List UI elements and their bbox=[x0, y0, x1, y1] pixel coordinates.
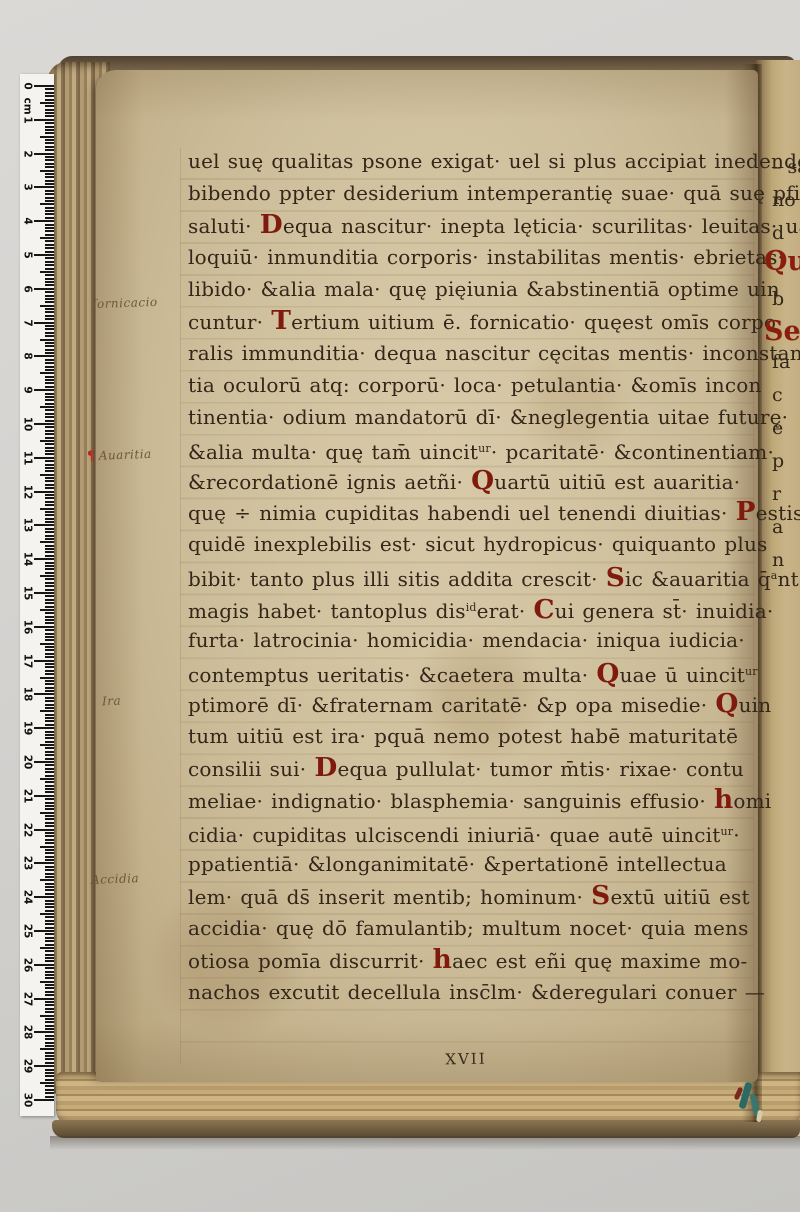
ruler-tick bbox=[45, 538, 54, 540]
ruler-tick bbox=[45, 920, 54, 922]
ruler-tick bbox=[45, 656, 54, 658]
ruler-tick bbox=[45, 1025, 54, 1027]
ruler-tick bbox=[34, 1031, 54, 1033]
ruler-tick bbox=[45, 308, 54, 310]
ruler-tick bbox=[34, 355, 54, 357]
ruler-tick bbox=[34, 964, 54, 966]
ruler-tick bbox=[40, 1015, 54, 1017]
ruler-tick bbox=[45, 967, 54, 969]
ruler-tick bbox=[40, 136, 54, 138]
ruler-tick bbox=[40, 677, 54, 679]
line-text: consilii sui· bbox=[188, 757, 314, 781]
ruler-tick bbox=[40, 879, 54, 881]
line-text: contemptus ueritatis· &caetera multa· bbox=[188, 663, 596, 687]
line-text: omi bbox=[733, 789, 771, 813]
line-text: uae ū uincit bbox=[620, 663, 745, 687]
manuscript-line: contemptus ueritatis· &caetera multa· Qu… bbox=[188, 659, 758, 688]
ruler-tick bbox=[45, 960, 54, 962]
ruler-tick bbox=[45, 1085, 54, 1087]
ruler-tick bbox=[45, 497, 54, 499]
ruler-tick bbox=[40, 609, 54, 611]
line-text: ertium uitium ē. fornicatio· quęest omīs… bbox=[291, 310, 776, 334]
line-text: magis habet· tantoplus dis bbox=[188, 599, 466, 623]
ruler-tick bbox=[45, 622, 54, 624]
ruler-tick bbox=[45, 207, 54, 209]
manuscript-line: tia oculorū atq: corporū· loca· petulant… bbox=[188, 372, 762, 398]
ruler-tick bbox=[45, 545, 54, 547]
ruler-tick bbox=[45, 582, 54, 584]
ruler-tick bbox=[45, 910, 54, 912]
line-text: · bbox=[733, 823, 740, 847]
ruler-tick bbox=[45, 984, 54, 986]
manuscript-line: otiosa pomīa discurrit· haec est eñi quę… bbox=[188, 947, 747, 974]
ruler-tick bbox=[45, 562, 54, 564]
ruler-tick bbox=[45, 734, 54, 736]
ruler-tick bbox=[45, 578, 54, 580]
ruler-tick bbox=[45, 954, 54, 956]
line-text: uel suę qualitas psone exigat· uel si pl… bbox=[188, 149, 800, 173]
rubricated-initial: h bbox=[433, 944, 452, 975]
ruler-tick bbox=[45, 328, 54, 330]
ruler-number: 3 bbox=[22, 180, 34, 195]
ruler-tick bbox=[45, 994, 54, 996]
ruler-tick bbox=[34, 153, 54, 155]
superscript-abbreviation: ur bbox=[745, 665, 758, 678]
ruler-tick bbox=[45, 244, 54, 246]
line-text: meliae· indignatio· blasphemia· sanguini… bbox=[188, 789, 714, 813]
ruler-tick bbox=[45, 1045, 54, 1047]
ruler-tick bbox=[45, 781, 54, 783]
ruler-tick bbox=[45, 893, 54, 895]
ruler-tick bbox=[45, 325, 54, 327]
superscript-abbreviation: ur bbox=[478, 442, 491, 455]
ruler-tick bbox=[45, 511, 54, 513]
ruler-tick bbox=[45, 687, 54, 689]
ruler-tick bbox=[45, 132, 54, 134]
ruler-tick bbox=[45, 1021, 54, 1023]
ruler-tick bbox=[45, 386, 54, 388]
ruler-number: 22 bbox=[22, 822, 34, 837]
rubricated-initial: Q bbox=[715, 688, 738, 719]
ruler-tick bbox=[40, 778, 54, 780]
ruler-tick bbox=[45, 906, 54, 908]
ruler-tick bbox=[45, 467, 54, 469]
margin-note-label: Accidia bbox=[91, 871, 140, 887]
ruler-tick bbox=[45, 1092, 54, 1094]
ruler-tick bbox=[40, 1082, 54, 1084]
superscript-abbreviation: a bbox=[771, 569, 778, 582]
ruler-tick bbox=[45, 585, 54, 587]
line-text: ralis immunditia· dequa nascitur cęcitas… bbox=[188, 341, 800, 365]
ruler-tick bbox=[45, 751, 54, 753]
manuscript-line: magis habet· tantoplus disiderat· Cui ge… bbox=[188, 595, 773, 624]
ruler-tick bbox=[45, 923, 54, 925]
ruler-tick bbox=[45, 95, 54, 97]
ruler-number: 28 bbox=[22, 1025, 34, 1040]
ruler-tick bbox=[45, 805, 54, 807]
ruler-tick bbox=[34, 930, 54, 932]
line-text: saluti· bbox=[188, 214, 260, 238]
ruler-tick bbox=[45, 142, 54, 144]
ruler-tick bbox=[45, 724, 54, 726]
ruler-tick bbox=[45, 518, 54, 520]
ruler-tick bbox=[40, 203, 54, 205]
ruler-tick bbox=[45, 977, 54, 979]
ruler-tick bbox=[45, 311, 54, 313]
ruler-tick bbox=[45, 430, 54, 432]
ruler-tick bbox=[45, 213, 54, 215]
ruler-tick bbox=[45, 224, 54, 226]
ruler-tick bbox=[45, 349, 54, 351]
line-text: ic &auaritia q̄ bbox=[625, 567, 771, 591]
manuscript-line: uel suę qualitas psone exigat· uel si pl… bbox=[188, 148, 800, 174]
manuscript-line: tinentia· odium mandatorū dī· &neglegent… bbox=[188, 404, 788, 430]
ruler-tick bbox=[45, 413, 54, 415]
pilcrow-icon: ¶ bbox=[87, 449, 96, 464]
ruler-tick bbox=[40, 102, 54, 104]
line-text: uartū uitiū est auaritia· bbox=[494, 470, 740, 494]
cm-ruler: 0123456789101112131415161718192021222324… bbox=[20, 74, 54, 1116]
ruler-tick bbox=[45, 332, 54, 334]
ruler-tick bbox=[45, 146, 54, 148]
ruler-tick bbox=[45, 900, 54, 902]
rubricated-initial: Q bbox=[596, 658, 619, 689]
ruler-tick bbox=[45, 268, 54, 270]
ruler-tick bbox=[45, 1089, 54, 1091]
ruler-tick bbox=[45, 612, 54, 614]
margin-note-label: Ira bbox=[102, 694, 122, 709]
ruler-tick bbox=[40, 305, 54, 307]
ruler-tick bbox=[45, 1062, 54, 1064]
ruler-tick bbox=[45, 741, 54, 743]
line-text: ptimorē dī· &fraternam caritatē· &p opa … bbox=[188, 693, 715, 717]
ruler-tick bbox=[45, 720, 54, 722]
ruler-tick bbox=[45, 937, 54, 939]
ruler-tick bbox=[40, 744, 54, 746]
rubricated-initial: T bbox=[271, 305, 291, 336]
ruler-number: 11 bbox=[22, 450, 34, 465]
ruler-tick bbox=[40, 406, 54, 408]
ruler-tick bbox=[45, 565, 54, 567]
ruler-tick bbox=[45, 504, 54, 506]
ruler-tick bbox=[45, 369, 54, 371]
line-text: equa nascitur· inepta lęticia· scurilita… bbox=[283, 214, 800, 238]
ruler-tick bbox=[34, 693, 54, 695]
ruler-tick bbox=[34, 626, 54, 628]
ruler-tick bbox=[45, 673, 54, 675]
manuscript-line: tum uitiū est ira· pquā nemo potest habē… bbox=[188, 723, 738, 749]
ruler-tick bbox=[45, 707, 54, 709]
ruler-tick bbox=[45, 315, 54, 317]
ruler-tick bbox=[45, 747, 54, 749]
ruler-number: 27 bbox=[22, 991, 34, 1006]
ruler-tick bbox=[45, 700, 54, 702]
ruler-tick bbox=[40, 508, 54, 510]
ruler-tick bbox=[45, 437, 54, 439]
ruler-tick bbox=[45, 1008, 54, 1010]
ruler-tick bbox=[34, 1099, 54, 1101]
ruler-tick bbox=[45, 599, 54, 601]
manuscript-line: quę ÷ nimia cupiditas habendi uel tenend… bbox=[188, 499, 800, 526]
ruler-tick bbox=[45, 342, 54, 344]
ruler-tick bbox=[45, 105, 54, 107]
ruler-tick bbox=[45, 345, 54, 347]
ruler-tick bbox=[45, 842, 54, 844]
ruler-tick bbox=[45, 1011, 54, 1013]
line-text: otiosa pomīa discurrit· bbox=[188, 949, 433, 973]
rubricated-initial: D bbox=[260, 209, 283, 240]
ruler-tick bbox=[45, 382, 54, 384]
ruler-number: 5 bbox=[22, 248, 34, 263]
ruler-tick bbox=[45, 551, 54, 553]
rubricated-initial: S bbox=[591, 880, 610, 911]
manuscript-line: nachos excutit decellula insc̄lm· &dereg… bbox=[188, 979, 765, 1005]
ruler-number: 23 bbox=[22, 856, 34, 871]
ruler-tick bbox=[45, 376, 54, 378]
ruler-tick bbox=[45, 1075, 54, 1077]
ruler-tick bbox=[45, 274, 54, 276]
ruler-tick bbox=[40, 237, 54, 239]
ruler-tick bbox=[45, 335, 54, 337]
ruler-tick bbox=[45, 426, 54, 428]
ruler-tick bbox=[45, 1052, 54, 1054]
ruler-tick bbox=[45, 301, 54, 303]
line-text: lem· quā ds̄ inserit mentib; hominum· bbox=[188, 885, 591, 909]
ruler-tick bbox=[45, 971, 54, 973]
ruler-tick bbox=[45, 122, 54, 124]
ruler-tick bbox=[45, 957, 54, 959]
ruler-tick bbox=[45, 447, 54, 449]
ruler-tick bbox=[45, 88, 54, 90]
ruler-tick bbox=[45, 602, 54, 604]
ruler-number: 16 bbox=[22, 619, 34, 634]
ruler-tick bbox=[45, 690, 54, 692]
ruler-tick bbox=[45, 470, 54, 472]
ruler-tick bbox=[45, 1018, 54, 1020]
ruler-tick bbox=[45, 808, 54, 810]
line-text: aec est eñi quę maxime mo- bbox=[452, 949, 747, 973]
ruler-tick bbox=[45, 109, 54, 111]
ruler-tick bbox=[45, 115, 54, 117]
ruler-number: 9 bbox=[22, 383, 34, 398]
ruler-tick bbox=[45, 284, 54, 286]
ruler-tick bbox=[45, 190, 54, 192]
ruler-tick bbox=[45, 883, 54, 885]
ruler-tick bbox=[45, 663, 54, 665]
ruler-tick bbox=[40, 474, 54, 476]
ruler-tick bbox=[45, 230, 54, 232]
line-text: tia oculorū atq: corporū· loca· petulant… bbox=[188, 373, 762, 397]
rubricated-initial: D bbox=[314, 752, 337, 783]
ruler-tick bbox=[45, 859, 54, 861]
ruler-tick bbox=[40, 812, 54, 814]
superscript-abbreviation: ur bbox=[721, 825, 734, 838]
line-text: libido· &alia mala· quę pięiunia &abstin… bbox=[188, 277, 780, 301]
line-text: furta· latrocinia· homicidia· mendacia· … bbox=[188, 628, 745, 652]
ruler-tick bbox=[45, 589, 54, 591]
ruler-tick bbox=[45, 1072, 54, 1074]
margin-note-ira: Ira bbox=[102, 694, 122, 709]
line-text: equa pullulat· tumor m̄tis· rixae· contu bbox=[337, 757, 744, 781]
ruler-tick bbox=[45, 433, 54, 435]
ruler-tick bbox=[45, 731, 54, 733]
ruler-tick bbox=[45, 183, 54, 185]
ruler-number: 1 bbox=[22, 112, 34, 127]
ruler-tick bbox=[45, 771, 54, 773]
line-text: bibendo ppter desiderium intemperantię s… bbox=[188, 181, 800, 205]
rubricated-initial: C bbox=[533, 594, 554, 625]
ruler-tick bbox=[40, 1048, 54, 1050]
ruler-tick bbox=[45, 714, 54, 716]
ruler-tick bbox=[45, 227, 54, 229]
ruler-tick bbox=[45, 159, 54, 161]
ruler-tick bbox=[45, 453, 54, 455]
manuscript-line: cidia· cupiditas ulciscendi iniuriā· qua… bbox=[188, 819, 740, 848]
ruler-tick bbox=[45, 646, 54, 648]
ruler-tick bbox=[45, 1069, 54, 1071]
ruler-tick bbox=[45, 112, 54, 114]
ruler-number: 26 bbox=[22, 957, 34, 972]
ruler-tick bbox=[45, 704, 54, 706]
ruler-number: 14 bbox=[22, 552, 34, 567]
ruler-tick bbox=[45, 281, 54, 283]
ruler-tick bbox=[45, 501, 54, 503]
ruler-tick bbox=[45, 261, 54, 263]
manuscript-line: loquiū· inmunditia corporis· instabilita… bbox=[188, 244, 784, 270]
ruler-tick bbox=[45, 758, 54, 760]
ruler-tick bbox=[40, 913, 54, 915]
ruler-tick bbox=[45, 785, 54, 787]
ruler-tick bbox=[45, 366, 54, 368]
ruler-tick bbox=[45, 683, 54, 685]
ruler-tick bbox=[45, 521, 54, 523]
ruler-tick bbox=[45, 278, 54, 280]
ruler-tick bbox=[45, 359, 54, 361]
ruler-tick bbox=[45, 176, 54, 178]
ruler-tick bbox=[45, 903, 54, 905]
rubricated-initial: Q bbox=[471, 465, 494, 496]
ruler-tick bbox=[45, 210, 54, 212]
ruler-number: 12 bbox=[22, 484, 34, 499]
ruler-tick bbox=[34, 829, 54, 831]
ruler-tick bbox=[45, 92, 54, 94]
ruler-tick bbox=[45, 649, 54, 651]
ruler-tick bbox=[34, 862, 54, 864]
ruler-number: 8 bbox=[22, 349, 34, 364]
ruler-tick bbox=[45, 815, 54, 817]
margin-note-fornicatio: fornicacio bbox=[92, 295, 158, 311]
ruler-unit-label: cm bbox=[22, 97, 34, 112]
ruler-tick bbox=[34, 254, 54, 256]
ruler-tick bbox=[34, 1065, 54, 1067]
line-text: bibit· tanto plus illi sitis addita cres… bbox=[188, 567, 606, 591]
ruler-tick bbox=[45, 480, 54, 482]
ruler-tick bbox=[45, 156, 54, 158]
manuscript-line: bibit· tanto plus illi sitis addita cres… bbox=[188, 563, 800, 592]
manuscript-line: ptimorē dī· &fraternam caritatē· &p opa … bbox=[188, 691, 771, 718]
ruler-tick bbox=[45, 839, 54, 841]
ruler-tick bbox=[45, 251, 54, 253]
parchment-page: uel suę qualitas psone exigat· uel si pl… bbox=[96, 70, 758, 1082]
ruler-tick bbox=[45, 825, 54, 827]
line-text: extū uitiū est bbox=[610, 885, 749, 909]
ruler-tick bbox=[45, 629, 54, 631]
ruler-number: 24 bbox=[22, 890, 34, 905]
ruler-tick bbox=[45, 1079, 54, 1081]
ruler-tick bbox=[45, 606, 54, 608]
manuscript-line: &recordationē ignis aetñi· Quartū uitiū … bbox=[188, 468, 740, 495]
ruler-tick bbox=[45, 916, 54, 918]
ruler-tick bbox=[34, 795, 54, 797]
ruler-tick bbox=[34, 220, 54, 222]
ruler-tick bbox=[45, 940, 54, 942]
line-text: &alia multa· quę tam̄ uincit bbox=[188, 440, 478, 464]
ruler-tick bbox=[45, 873, 54, 875]
ruler-tick bbox=[45, 987, 54, 989]
ruler-tick bbox=[45, 379, 54, 381]
ruler-number: 2 bbox=[22, 146, 34, 161]
ruler-tick bbox=[45, 450, 54, 452]
line-text: erat· bbox=[477, 599, 534, 623]
manuscript-line: bibendo ppter desiderium intemperantię s… bbox=[188, 180, 800, 206]
ruler-tick bbox=[40, 170, 54, 172]
ruler-tick bbox=[40, 643, 54, 645]
ruler-tick bbox=[45, 950, 54, 952]
ruler-tick bbox=[45, 835, 54, 837]
ruler-tick bbox=[45, 974, 54, 976]
ruler-tick bbox=[45, 619, 54, 621]
ruler-number: 15 bbox=[22, 586, 34, 601]
ruler-tick bbox=[45, 818, 54, 820]
ruler-tick bbox=[45, 200, 54, 202]
superscript-abbreviation: id bbox=[466, 601, 477, 614]
ruler-number: 10 bbox=[22, 417, 34, 432]
ruler-tick bbox=[45, 1096, 54, 1098]
ruler-tick bbox=[45, 443, 54, 445]
ruler-number: 0 bbox=[22, 79, 34, 94]
ruler-tick bbox=[34, 998, 54, 1000]
line-text: accidia· quę dō famulantib; multum nocet… bbox=[188, 916, 749, 940]
ruler-tick bbox=[34, 558, 54, 560]
ruler-tick bbox=[34, 761, 54, 763]
ruler-tick bbox=[45, 1035, 54, 1037]
ruler-tick bbox=[45, 318, 54, 320]
ruler-tick bbox=[45, 616, 54, 618]
ruler-tick bbox=[34, 592, 54, 594]
ruler-tick bbox=[45, 295, 54, 297]
ruler-tick bbox=[40, 440, 54, 442]
line-text: · pcaritatē· &continentiam· bbox=[491, 440, 774, 464]
ruler-tick bbox=[45, 822, 54, 824]
margin-note-label: Auaritia bbox=[99, 447, 152, 463]
ruler-tick bbox=[45, 555, 54, 557]
ruler-tick bbox=[45, 869, 54, 871]
ruler-tick bbox=[34, 119, 54, 121]
margin-note-accidia: Accidia bbox=[91, 871, 140, 887]
ruler-tick bbox=[45, 420, 54, 422]
manuscript-line: consilii sui· Dequa pullulat· tumor m̄ti… bbox=[188, 755, 744, 782]
ruler-tick bbox=[45, 1058, 54, 1060]
ruler-tick bbox=[45, 944, 54, 946]
manuscript-line: cuntur· Tertium uitium ē. fornicatio· qu… bbox=[188, 308, 776, 335]
ruler-tick bbox=[34, 727, 54, 729]
ruler-tick bbox=[40, 339, 54, 341]
line-text: quę ÷ nimia cupiditas habendi uel tenend… bbox=[188, 501, 736, 525]
rubricated-initial: P bbox=[736, 496, 756, 527]
ruler-tick bbox=[45, 889, 54, 891]
ruler-tick bbox=[45, 234, 54, 236]
ruler-tick bbox=[45, 149, 54, 151]
